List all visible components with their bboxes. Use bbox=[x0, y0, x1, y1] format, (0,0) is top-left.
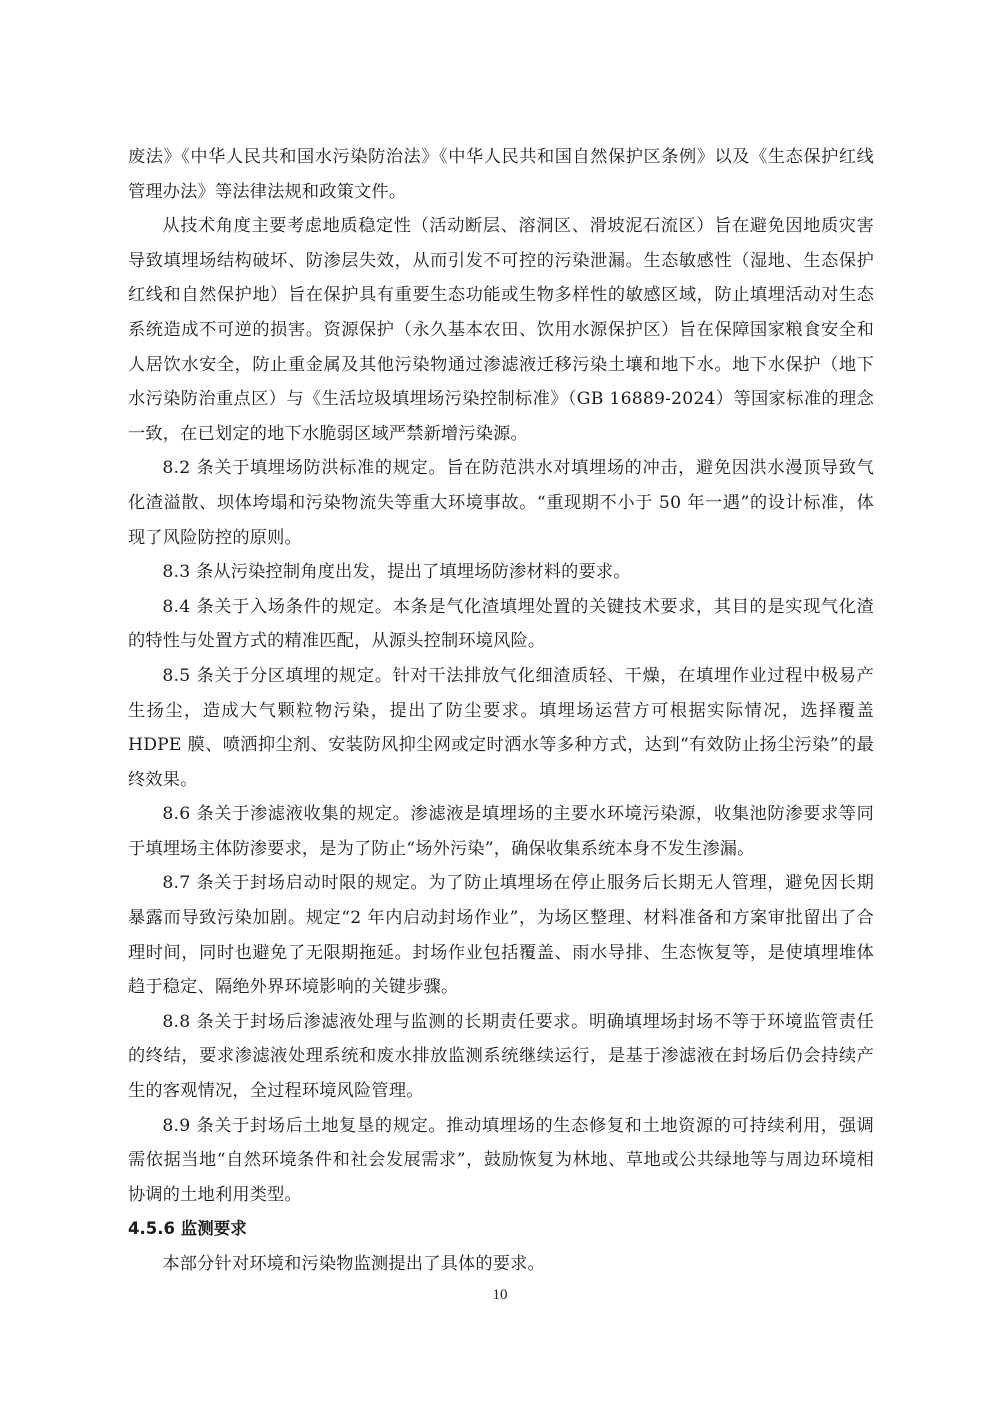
section-heading-monitoring-requirements: 4.5.6 监测要求 bbox=[128, 1212, 874, 1247]
paragraph-clause-8-7: 8.7 条关于封场启动时限的规定。为了防止填埋场在停止服务后长期无人管理，避免因… bbox=[128, 866, 874, 1004]
page-number: 10 bbox=[0, 1287, 1000, 1304]
paragraph-clause-8-9: 8.9 条关于封场后土地复垦的规定。推动填埋场的生态修复和土地资源的可持续利用，… bbox=[128, 1109, 874, 1213]
paragraph-clause-8-2: 8.2 条关于填埋场防洪标准的规定。旨在防范洪水对填埋场的冲击，避免因洪水漫顶导… bbox=[128, 451, 874, 555]
paragraph-clause-8-8: 8.8 条关于封场后渗滤液处理与监测的长期责任要求。明确填埋场封场不等于环境监管… bbox=[128, 1005, 874, 1109]
paragraph-clause-8-3: 8.3 条从污染控制角度出发，提出了填埋场防渗材料的要求。 bbox=[128, 555, 874, 590]
document-page: 废法》《中华人民共和国水污染防治法》《中华人民共和国自然保护区条例》以及《生态保… bbox=[128, 140, 874, 1282]
paragraph-technical-considerations: 从技术角度主要考虑地质稳定性（活动断层、溶洞区、滑坡泥石流区）旨在避免因地质灾害… bbox=[128, 209, 874, 451]
paragraph-clause-8-5: 8.5 条关于分区填埋的规定。针对干法排放气化细渣质轻、干燥，在填埋作业过程中极… bbox=[128, 659, 874, 797]
paragraph-legal-basis-continued: 废法》《中华人民共和国水污染防治法》《中华人民共和国自然保护区条例》以及《生态保… bbox=[128, 140, 874, 209]
paragraph-clause-8-4: 8.4 条关于入场条件的规定。本条是气化渣填埋处置的关键技术要求，其目的是实现气… bbox=[128, 590, 874, 659]
paragraph-monitoring-intro: 本部分针对环境和污染物监测提出了具体的要求。 bbox=[128, 1247, 874, 1282]
paragraph-clause-8-6: 8.6 条关于渗滤液收集的规定。渗滤液是填埋场的主要水环境污染源，收集池防渗要求… bbox=[128, 797, 874, 866]
